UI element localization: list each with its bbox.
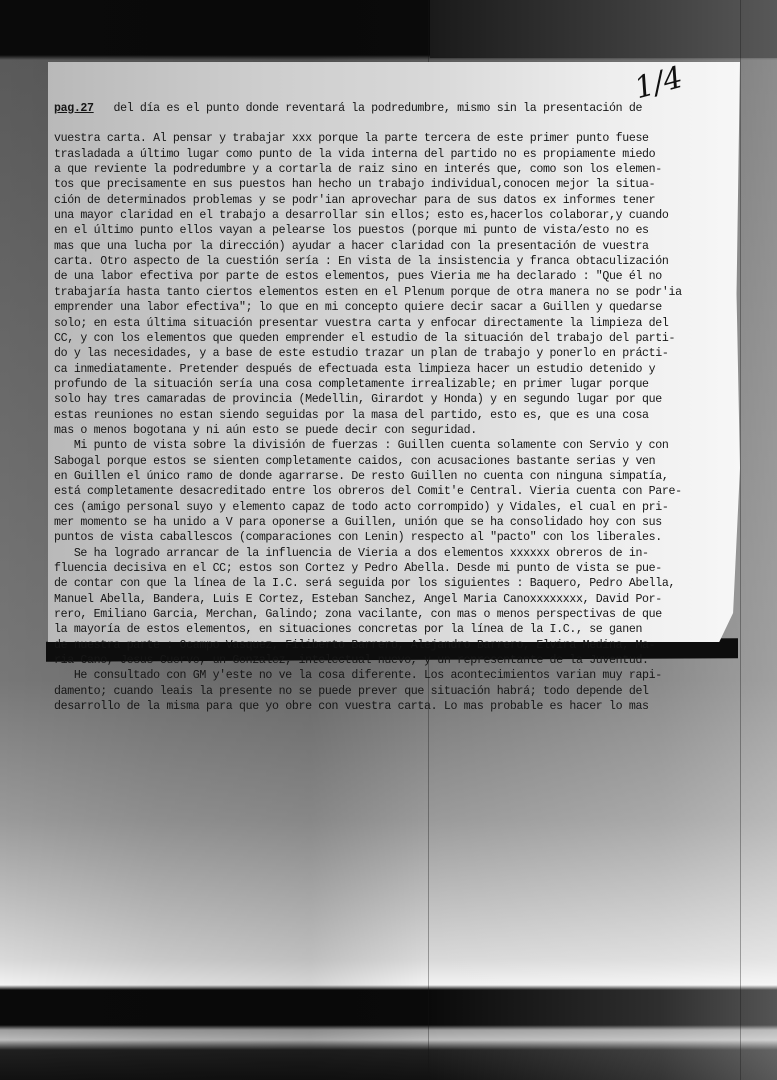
text-line: en el último punto ellos vayan a pelears… xyxy=(54,223,740,238)
text-line: do y las necesidades, y a base de este e… xyxy=(54,346,740,361)
text-line: trasladada a último lugar como punto de … xyxy=(54,147,740,162)
text-line: Mi punto de vista sobre la división de f… xyxy=(54,438,740,453)
text-line: rero, Emiliano Garcia, Merchan, Galindo;… xyxy=(54,607,740,622)
text-line: He consultado con GM y'este no ve la cos… xyxy=(54,668,740,683)
text-line: mas o menos bogotana y ni aún esto se pu… xyxy=(54,423,740,438)
text-line: solo; en esta última situación presentar… xyxy=(54,316,740,331)
text-line: damento; cuando leais la presente no se … xyxy=(54,684,740,699)
text-line: estas reuniones no estan siendo seguidas… xyxy=(54,408,740,423)
text-line: a que reviente la podredumbre y a cortar… xyxy=(54,162,740,177)
text-line: Manuel Abella, Bandera, Luis E Cortez, E… xyxy=(54,592,740,607)
text-line: ria Cano, Jesus Cuervo, un Gonzalez, int… xyxy=(54,653,740,668)
page-label: pag.27 xyxy=(54,102,94,115)
text-line: en Guillen el único ramo de donde agarra… xyxy=(54,469,740,484)
text-line: de una labor efectiva por parte de estos… xyxy=(54,269,740,284)
text-line: una mayor claridad en el trabajo a desar… xyxy=(54,208,740,223)
document-body: pag.27 del día es el punto donde reventa… xyxy=(54,70,740,714)
text-line: CC, y con los elementos que queden empre… xyxy=(54,331,740,346)
text-line: ca inmediatamente. Pretender después de … xyxy=(54,362,740,377)
text-line: puntos de vista caballescos (comparacion… xyxy=(54,530,740,545)
text-line: profundo de la situación sería una cosa … xyxy=(54,377,740,392)
text-line: está completamente desacreditado entre l… xyxy=(54,484,740,499)
text-line: fluencia decisiva en el CC; estos son Co… xyxy=(54,561,740,576)
text-line: ción de determinados problemas y se podr… xyxy=(54,193,740,208)
text-line: Sabogal porque estos se sienten completa… xyxy=(54,454,740,469)
text-line: de contar con que la línea de la I.C. se… xyxy=(54,576,740,591)
text-line: pag.27 del día es el punto donde reventa… xyxy=(54,101,740,116)
text-line: carta. Otro aspecto de la cuestión sería… xyxy=(54,254,740,269)
text-line: desarrollo de la misma para que yo obre … xyxy=(54,699,740,714)
film-seam xyxy=(740,0,741,1080)
text-line: mer momento se ha unido a V para oponers… xyxy=(54,515,740,530)
text-line: emprender una labor efectiva"; lo que en… xyxy=(54,300,740,315)
text-line: mas que una lucha por la dirección) ayud… xyxy=(54,239,740,254)
text-line: tos que precisamente en sus puestos han … xyxy=(54,177,740,192)
text-line: ces (amigo personal suyo y elemento capa… xyxy=(54,500,740,515)
text-line: de nuestra parte : Ocampo Vasquez, Filib… xyxy=(54,638,740,653)
text-line: vuestra carta. Al pensar y trabajar xxx … xyxy=(54,131,740,146)
text-line: solo hay tres camaradas de provincia (Me… xyxy=(54,392,740,407)
text-line: trabajaría hasta tanto ciertos elementos… xyxy=(54,285,740,300)
text-line: la mayoría de estos elementos, en situac… xyxy=(54,622,740,637)
text-line: Se ha logrado arrancar de la influencia … xyxy=(54,546,740,561)
film-edge xyxy=(430,0,777,58)
